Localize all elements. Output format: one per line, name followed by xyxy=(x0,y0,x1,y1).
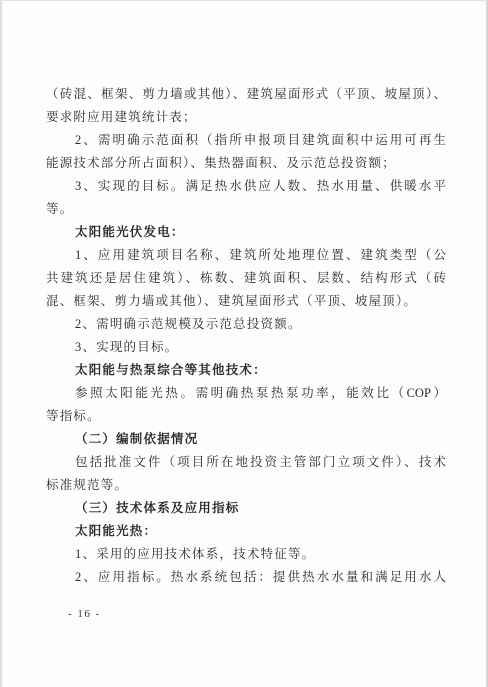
scanned-document-page: （砖混、框架、剪力墙或其他）、建筑屋面形式（平顶、坡屋顶）、 要求附应用建筑统计… xyxy=(0,0,488,687)
section-heading: 太阳能光热： xyxy=(46,520,446,543)
text-line: 能源技术部分所占面积）、集热器面积、及示范总投资额； xyxy=(46,152,446,175)
section-heading: 太阳能光伏发电： xyxy=(46,221,446,244)
text-line: 1、采用的应用技术体系，技术特征等。 xyxy=(46,543,446,566)
text-line: 共建筑还是居住建筑）、栋数、建筑面积、层数、结构形式（砖 xyxy=(46,267,446,290)
text-line: 2、需明确示范面积（指所申报项目建筑面积中运用可再生 xyxy=(46,129,446,152)
text-line: 包括批准文件（项目所在地投资主管部门立项文件）、技术 xyxy=(46,451,446,474)
section-heading: （三）技术体系及应用指标 xyxy=(46,497,446,520)
text-line: （砖混、框架、剪力墙或其他）、建筑屋面形式（平顶、坡屋顶）、 xyxy=(46,83,446,106)
text-line: 3、实现的目标。满足热水供应人数、热水用量、供暖水平 xyxy=(46,175,446,198)
text-line: 混、框架、剪力墙或其他）、建筑屋面形式（平顶、坡屋顶）。 xyxy=(46,290,446,313)
text-line: 1、应用建筑项目名称、建筑所处地理位置、建筑类型（公 xyxy=(46,244,446,267)
page-number: - 16 - xyxy=(68,607,101,621)
section-heading: 太阳能与热泵综合等其他技术： xyxy=(46,359,446,382)
text-line: 等。 xyxy=(46,198,446,221)
text-line: 2、应用指标。热水系统包括：提供热水水量和满足用水人 xyxy=(46,566,446,589)
text-line: 3、实现的目标。 xyxy=(46,336,446,359)
text-line: 要求附应用建筑统计表； xyxy=(46,106,446,129)
text-line: 2、需明确示范规模及示范总投资额。 xyxy=(46,313,446,336)
text-line: 标准规范等。 xyxy=(46,474,446,497)
section-heading: （二）编制依据情况 xyxy=(46,428,446,451)
text-line: 参照太阳能光热。需明确热泵热泵功率，能效比（COP） xyxy=(46,382,446,405)
text-line: 等指标。 xyxy=(46,405,446,428)
document-body: （砖混、框架、剪力墙或其他）、建筑屋面形式（平顶、坡屋顶）、 要求附应用建筑统计… xyxy=(46,83,446,589)
